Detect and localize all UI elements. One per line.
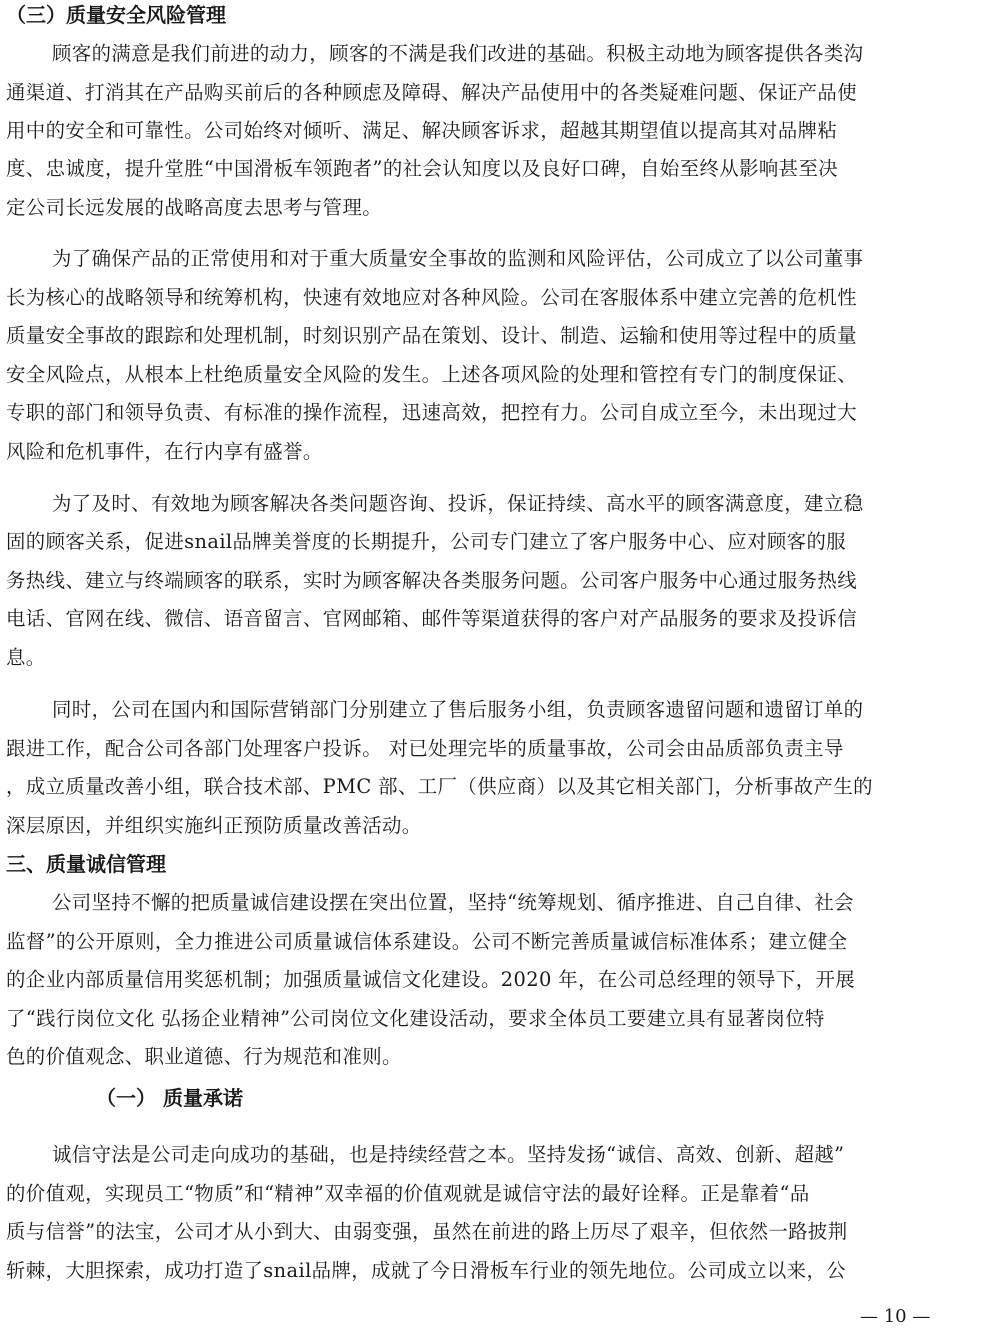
paragraph-line: 长为核心的战略领导和统筹机构，快速有效地应对各种风险。公司在客服体系中建立完善的… [6,284,857,312]
chapter-heading-quality-integrity: 三、质量诚信管理 [6,850,166,878]
paragraph-line: 固的顾客关系，促进snail品牌美誉度的长期提升，公司专门建立了客户服务中心、应… [6,528,846,556]
paragraph-line: 公司坚持不懈的把质量诚信建设摆在突出位置，坚持“统筹规划、循序推进、自己自律、社… [52,889,854,917]
paragraph-line: 定公司长远发展的战略高度去思考与管理。 [6,194,382,222]
paragraph-line: 电话、官网在线、微信、语音留言、官网邮箱、邮件等渠道获得的客户对产品服务的要求及… [6,605,857,633]
paragraph-line: 色的价值观念、职业道德、行为规范和准则。 [6,1043,402,1071]
section-heading-quality-safety-risk: （三）质量安全风险管理 [6,1,226,29]
paragraph-line: 诚信守法是公司走向成功的基础，也是持续经营之本。坚持发扬“诚信、高效、创新、超越… [52,1141,844,1169]
page-number: — 10 — [860,1306,930,1327]
paragraph-line: 的价值观，实现员工“物质”和“精神”双幸福的价值观就是诚信守法的最好诠释。正是靠… [6,1180,810,1208]
paragraph-line: 深层原因，并组织实施纠正预防质量改善活动。 [6,812,422,840]
paragraph-line: 用中的安全和可靠性。公司始终对倾听、满足、解决顾客诉求，超越其期望值以提高其对品… [6,117,837,145]
paragraph-line: 息。 [6,644,46,672]
paragraph-line: 风险和危机事件，在行内享有盛誉。 [6,438,323,466]
paragraph-line: 为了及时、有效地为顾客解决各类问题咨询、投诉，保证持续、高水平的顾客满意度，建立… [52,490,863,518]
paragraph-line: 质量安全事故的跟踪和处理机制，时刻识别产品在策划、设计、制造、运输和使用等过程中… [6,322,857,350]
paragraph-line: 安全风险点，从根本上杜绝质量安全风险的发生。上述各项风险的处理和管控有专门的制度… [6,361,857,389]
paragraph-line: 斩棘，大胆探索，成功打造了snail品牌，成就了今日滑板车行业的领先地位。公司成… [6,1257,846,1285]
document-page: （三）质量安全风险管理 顾客的满意是我们前进的动力，顾客的不满是我们改进的基础。… [0,0,1000,1333]
paragraph-line: ，成立质量改善小组，联合技术部、PMC 部、工厂（供应商）以及其它相关部门，分析… [6,773,873,801]
paragraph-line: 的企业内部质量信用奖惩机制；加强质量诚信文化建设。2020 年，在公司总经理的领… [6,966,855,994]
paragraph-line: 为了确保产品的正常使用和对于重大质量安全事故的监测和风险评估，公司成立了以公司董… [52,245,863,273]
paragraph-line: 度、忠诚度，提升堂胜“中国滑板车领跑者”的社会认知度以及良好口碑，自始至终从影响… [6,155,838,183]
paragraph-line: 了“践行岗位文化 弘扬企业精神”公司岗位文化建设活动，要求全体员工要建立具有显著… [6,1005,825,1033]
paragraph-line: 专职的部门和领导负责、有标准的操作流程，迅速高效，把控有力。公司自成立至今，未出… [6,399,857,427]
paragraph-line: 顾客的满意是我们前进的动力，顾客的不满是我们改进的基础。积极主动地为顾客提供各类… [52,40,863,68]
paragraph-line: 质与信誉”的法宝，公司才从小到大、由弱变强，虽然在前进的路上历尽了艰辛，但依然一… [6,1218,848,1246]
subsection-heading-quality-commitment: （一） 质量承诺 [96,1084,243,1112]
paragraph-line: 务热线、建立与终端顾客的联系，实时为顾客解决各类服务问题。公司客户服务中心通过服… [6,567,857,595]
paragraph-line: 跟进工作，配合公司各部门处理客户投诉。 对已处理完毕的质量事故，公司会由品质部负… [6,735,844,763]
paragraph-line: 通渠道、打消其在产品购买前后的各种顾虑及障碍、解决产品使用中的各类疑难问题、保证… [6,79,857,107]
paragraph-line: 同时，公司在国内和国际营销部门分别建立了售后服务小组，负责顾客遗留问题和遗留订单… [52,696,863,724]
paragraph-line: 监督”的公开原则，全力推进公司质量诚信体系建设。公司不断完善质量诚信标准体系；建… [6,928,848,956]
